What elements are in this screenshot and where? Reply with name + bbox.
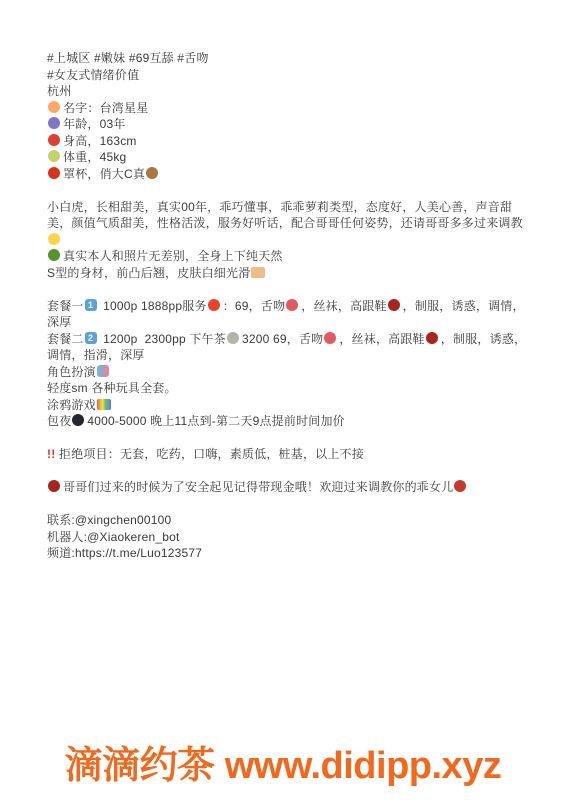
text-line: 涂鸦游戏 [47, 397, 527, 414]
keycap-1-icon: 1 [85, 299, 97, 311]
high-heel-icon [48, 480, 60, 492]
text-line: 小白虎，长相甜美，真实00年，乖巧懂事，乖乖萝莉类型，态度好，人美心善，声音甜美… [47, 199, 527, 249]
text-line: 机器人:@Xiaokeren_bot [47, 529, 527, 546]
text-line: 杭州 [47, 83, 527, 100]
text-line: 套餐二2 1200p 2300pp 下午茶3200 69，舌吻，丝袜，高跟鞋，制… [47, 331, 527, 364]
leg-icon [251, 267, 265, 278]
text-line: 轻度sm 各种玩具全套。 [47, 380, 527, 397]
text-segment: 名字：台湾星星 [63, 101, 148, 115]
text-line: 角色扮演 [47, 364, 527, 381]
text-line: #上城区 #嫩妹 #69互舔 #舌吻 [47, 50, 527, 67]
promo-banner: 滴滴约茶 www.didipp.xyz [0, 742, 566, 790]
text-segment: S型的身材，前凸后翘，皮肤白细光滑 [47, 266, 250, 280]
text-line: 年龄，03年 [47, 116, 527, 133]
broccoli-icon [48, 249, 60, 261]
text-line: !! 拒绝项目：无套，吃药，口嗨，素质低，桩基，以上不接 [47, 446, 527, 463]
text-line [47, 463, 527, 480]
text-segment: 杭州 [47, 84, 71, 98]
text-segment: 机器人:@Xiaokeren_bot [47, 530, 180, 544]
tongue-icon [324, 332, 336, 344]
couple-icon [97, 365, 109, 377]
tomato-icon [208, 299, 220, 311]
text-segment: 涂鸦游戏 [47, 398, 96, 412]
pear-icon [48, 150, 60, 162]
apple-icon [48, 134, 60, 146]
text-segment: ，丝袜，高跟鞋 [339, 332, 424, 346]
text-line [47, 281, 527, 298]
text-segment: 4000-5000 晚上11点到-第二天9点提前时间加价 [87, 414, 344, 428]
text-segment: 1000p 1888pp服务 [100, 299, 207, 313]
text-line [47, 496, 527, 513]
text-line: 频道:https://t.me/Luo123577 [47, 545, 527, 562]
ad-document: #上城区 #嫩妹 #69互舔 #舌吻#女友式情绪价值杭州名字：台湾星星年龄，03… [47, 50, 527, 562]
text-segment: ，丝袜，高跟鞋 [301, 299, 386, 313]
text-line: 体重，45kg [47, 149, 527, 166]
tongue-icon [286, 299, 298, 311]
text-line: 身高，163cm [47, 133, 527, 150]
text-line: 包夜4000-5000 晚上11点到-第二天9点提前时间加价 [47, 413, 527, 430]
dancer-icon [454, 480, 466, 492]
text-segment: 体重，45kg [63, 150, 126, 164]
teacup-icon [227, 332, 239, 344]
text-line: #女友式情绪价值 [47, 67, 527, 84]
text-segment: ：69，舌吻 [223, 299, 286, 313]
text-segment: 套餐二 [47, 332, 84, 346]
text-line: 哥哥们过来的时候为了安全起见记得带现金哦！欢迎过来调教你的乖女儿 [47, 479, 527, 496]
ad-text-lines: #上城区 #嫩妹 #69互舔 #舌吻#女友式情绪价值杭州名字：台湾星星年龄，03… [47, 50, 527, 562]
bear-icon [146, 167, 158, 179]
text-segment: 3200 69，舌吻 [242, 332, 323, 346]
text-segment: 小白虎，长相甜美，真实00年，乖巧懂事，乖乖萝莉类型，态度好，人美心善，声音甜美… [47, 200, 523, 231]
text-segment: 角色扮演 [47, 365, 96, 379]
peach-icon [48, 101, 60, 113]
text-segment: 联系:@xingchen00100 [47, 513, 171, 527]
channel-link[interactable]: https://t.me/Luo123577 [75, 546, 202, 560]
grapes-icon [48, 117, 60, 129]
promo-banner-text: 滴滴约茶 www.didipp.xyz [65, 745, 502, 787]
chili-pepper-icon [48, 167, 60, 179]
keycap-2-icon: 2 [85, 332, 97, 344]
rainbow-icon [97, 399, 111, 410]
text-segment: 真实本人和照片无差别，全身上下纯天然 [63, 249, 283, 263]
text-line: 套餐一1 1000p 1888pp服务：69，舌吻，丝袜，高跟鞋，制服，诱惑，调… [47, 298, 527, 331]
text-line [47, 182, 527, 199]
text-segment: 哥哥们过来的时候为了安全起见记得带现金哦！欢迎过来调教你的乖女儿 [63, 480, 453, 494]
text-segment: 频道: [47, 546, 75, 560]
text-segment: 轻度sm 各种玩具全套。 [47, 381, 177, 395]
text-segment: 年龄，03年 [63, 117, 126, 131]
text-segment: 罩杯，俏大C真 [63, 167, 145, 181]
high-heel-icon [388, 299, 400, 311]
text-line: S型的身材，前凸后翘，皮肤白细光滑 [47, 265, 527, 282]
text-line: 真实本人和照片无差别，全身上下纯天然 [47, 248, 527, 265]
text-line: 罩杯，俏大C真 [47, 166, 527, 183]
text-segment: 包夜 [47, 414, 71, 428]
smiling-face-with-hearts-icon [48, 233, 60, 245]
text-segment: 套餐一 [47, 299, 84, 313]
text-segment: 拒绝项目：无套，吃药，口嗨，素质低，桩基，以上不接 [55, 447, 364, 461]
text-segment: 身高，163cm [63, 134, 137, 148]
high-heel-icon [426, 332, 438, 344]
text-line: 名字：台湾星星 [47, 100, 527, 117]
text-line: 联系:@xingchen00100 [47, 512, 527, 529]
new-moon-icon [72, 414, 84, 426]
text-segment: #上城区 #嫩妹 #69互舔 #舌吻 [47, 51, 209, 65]
text-segment: #女友式情绪价值 [47, 68, 139, 82]
text-line [47, 430, 527, 447]
text-segment: 1200p 2300pp 下午茶 [100, 332, 226, 346]
